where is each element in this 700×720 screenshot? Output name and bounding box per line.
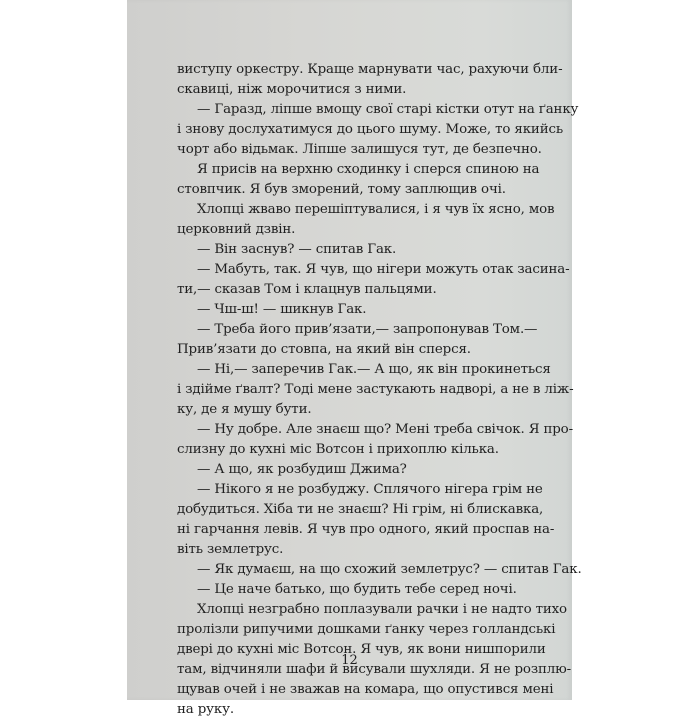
text-line: — Треба його прив’язати,— запропонував Т… <box>177 320 535 340</box>
text-line: — Як думаєш, на що схожий землетрус? — с… <box>177 560 535 580</box>
text-line: — Нікого я не розбуджу. Сплячого нігера … <box>177 480 535 500</box>
page-number: 12 <box>127 653 572 668</box>
page-body-text: виступу оркестру. Краще марнувати час, р… <box>177 60 535 700</box>
text-line: — Мабуть, так. Я чув, що нігери можуть о… <box>177 260 535 280</box>
text-line: виступу оркестру. Краще марнувати час, р… <box>177 60 535 80</box>
text-line: віть землетрус. <box>177 540 535 560</box>
text-line: чорт або відьмак. Ліпше залишуся тут, де… <box>177 140 535 160</box>
text-line: — Ні,— заперечив Гак.— А що, як він прок… <box>177 360 535 380</box>
text-line: церковний дзвін. <box>177 220 535 240</box>
text-line: — Він заснув? — спитав Гак. <box>177 240 535 260</box>
text-line: скавиці, ніж морочитися з ними. <box>177 80 535 100</box>
text-line: слизну до кухні міс Вотсон і прихоплю кі… <box>177 440 535 460</box>
text-line: і здійме ґвалт? Тоді мене застукають над… <box>177 380 535 400</box>
book-page: виступу оркестру. Краще марнувати час, р… <box>127 0 572 700</box>
text-line: — Це наче батько, що будить тебе серед н… <box>177 580 535 600</box>
text-line: Хлопці незграбно поплазували рачки і не … <box>177 600 535 620</box>
text-line: стовпчик. Я був зморений, тому заплющив … <box>177 180 535 200</box>
text-line: ти,— сказав Том і клацнув пальцями. <box>177 280 535 300</box>
text-line: — Ну добре. Але знаєш що? Мені треба сві… <box>177 420 535 440</box>
text-line: і знову дослухатимуся до цього шуму. Мож… <box>177 120 535 140</box>
text-line: Прив’язати до стовпа, на який він сперся… <box>177 340 535 360</box>
text-line: ку, де я мушу бути. <box>177 400 535 420</box>
text-line: ні гарчання левів. Я чув про одного, яки… <box>177 520 535 540</box>
text-line: щував очей і не зважав на комара, що опу… <box>177 680 535 700</box>
text-line: пролізли рипучими дошками ґанку через го… <box>177 620 535 640</box>
text-line: — Чш-ш! — шикнув Гак. <box>177 300 535 320</box>
text-line: Хлопці жваво перешіптувалися, і я чув їх… <box>177 200 535 220</box>
text-line: Я присів на верхню сходинку і сперся спи… <box>177 160 535 180</box>
text-line: — Гаразд, ліпше вмощу свої старі кістки … <box>177 100 535 120</box>
text-line: — А що, як розбудиш Джима? <box>177 460 535 480</box>
text-line: добудиться. Хіба ти не знаєш? Ні грім, н… <box>177 500 535 520</box>
